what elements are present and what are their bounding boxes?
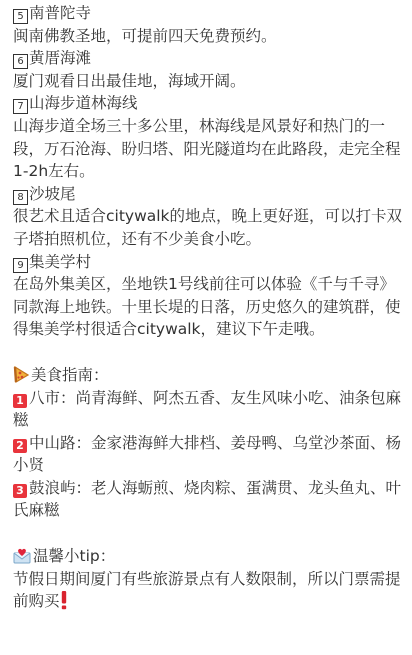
article-content: 5南普陀寺 闽南佛教圣地，可提前四天免费预约。 6黄厝海滩 厦门观看日出最佳地，… <box>0 0 412 613</box>
keycap-number-icon: 9 <box>13 258 28 273</box>
attraction-title-text: 集美学村 <box>29 253 91 271</box>
keycap-number-icon: 5 <box>13 9 28 24</box>
tip-body-text: 节假日期间厦门有些旅游景点有人数限制，所以门票需提前购买 <box>13 570 401 611</box>
attraction-title: 8沙坡尾 <box>13 183 404 206</box>
tip-text: 节假日期间厦门有些旅游景点有人数限制，所以门票需提前购买 <box>13 568 404 613</box>
attraction-title: 7山海步道林海线 <box>13 92 404 115</box>
attraction-description: 在岛外集美区，坐地铁1号线前往可以体验《千与千寻》同款海上地铁。十里长堤的日落，… <box>13 273 404 341</box>
food-guide-heading: 美食指南： <box>13 364 404 387</box>
food-guide-item: 3鼓浪屿：老人海蛎煎、烧肉粽、蛋满贯、龙头鱼丸、叶氏麻糍 <box>13 477 404 522</box>
keycap-number-icon: 3 <box>13 484 27 498</box>
attraction-description: 很艺术且适合citywalk的地点，晚上更好逛，可以打卡双子塔拍照机位，还有不少… <box>13 205 404 250</box>
keycap-number-icon: 8 <box>13 190 28 205</box>
attraction-title: 5南普陀寺 <box>13 2 404 25</box>
love-letter-icon <box>13 547 31 564</box>
attraction-title-text: 南普陀寺 <box>29 4 91 22</box>
food-guide-item-text: 八市：尚青海鲜、阿杰五香、友生风味小吃、油条包麻糍 <box>13 389 401 430</box>
pizza-icon <box>13 366 29 383</box>
attraction-description: 山海步道全场三十多公里，林海线是风景好和热门的一段，万石沧海、盼归塔、阳光隧道均… <box>13 115 404 183</box>
attraction-title-text: 沙坡尾 <box>29 185 76 203</box>
keycap-number-icon: 1 <box>13 394 27 408</box>
attraction-description: 闽南佛教圣地，可提前四天免费预约。 <box>13 25 404 48</box>
food-guide-item: 1八市：尚青海鲜、阿杰五香、友生风味小吃、油条包麻糍 <box>13 387 404 432</box>
keycap-number-icon: 2 <box>13 439 27 453</box>
keycap-number-icon: 7 <box>13 99 28 114</box>
exclamation-icon <box>61 590 67 610</box>
food-guide-item-text: 鼓浪屿：老人海蛎煎、烧肉粽、蛋满贯、龙头鱼丸、叶氏麻糍 <box>13 479 401 520</box>
keycap-number-icon: 6 <box>13 54 28 69</box>
tip-heading: 温馨小tip： <box>13 545 404 568</box>
attraction-title-text: 山海步道林海线 <box>29 94 138 112</box>
section-spacer <box>13 522 404 545</box>
food-guide-item-text: 中山路：金家港海鲜大排档、姜母鸭、乌堂沙茶面、杨小贤 <box>13 434 401 475</box>
attraction-title: 6黄厝海滩 <box>13 47 404 70</box>
attraction-description: 厦门观看日出最佳地，海域开阔。 <box>13 70 404 93</box>
attraction-title-text: 黄厝海滩 <box>29 49 91 67</box>
attraction-title: 9集美学村 <box>13 251 404 274</box>
tip-heading-text: 温馨小tip： <box>33 547 115 565</box>
section-spacer <box>13 341 404 364</box>
food-guide-item: 2中山路：金家港海鲜大排档、姜母鸭、乌堂沙茶面、杨小贤 <box>13 432 404 477</box>
food-guide-heading-text: 美食指南： <box>31 366 109 384</box>
